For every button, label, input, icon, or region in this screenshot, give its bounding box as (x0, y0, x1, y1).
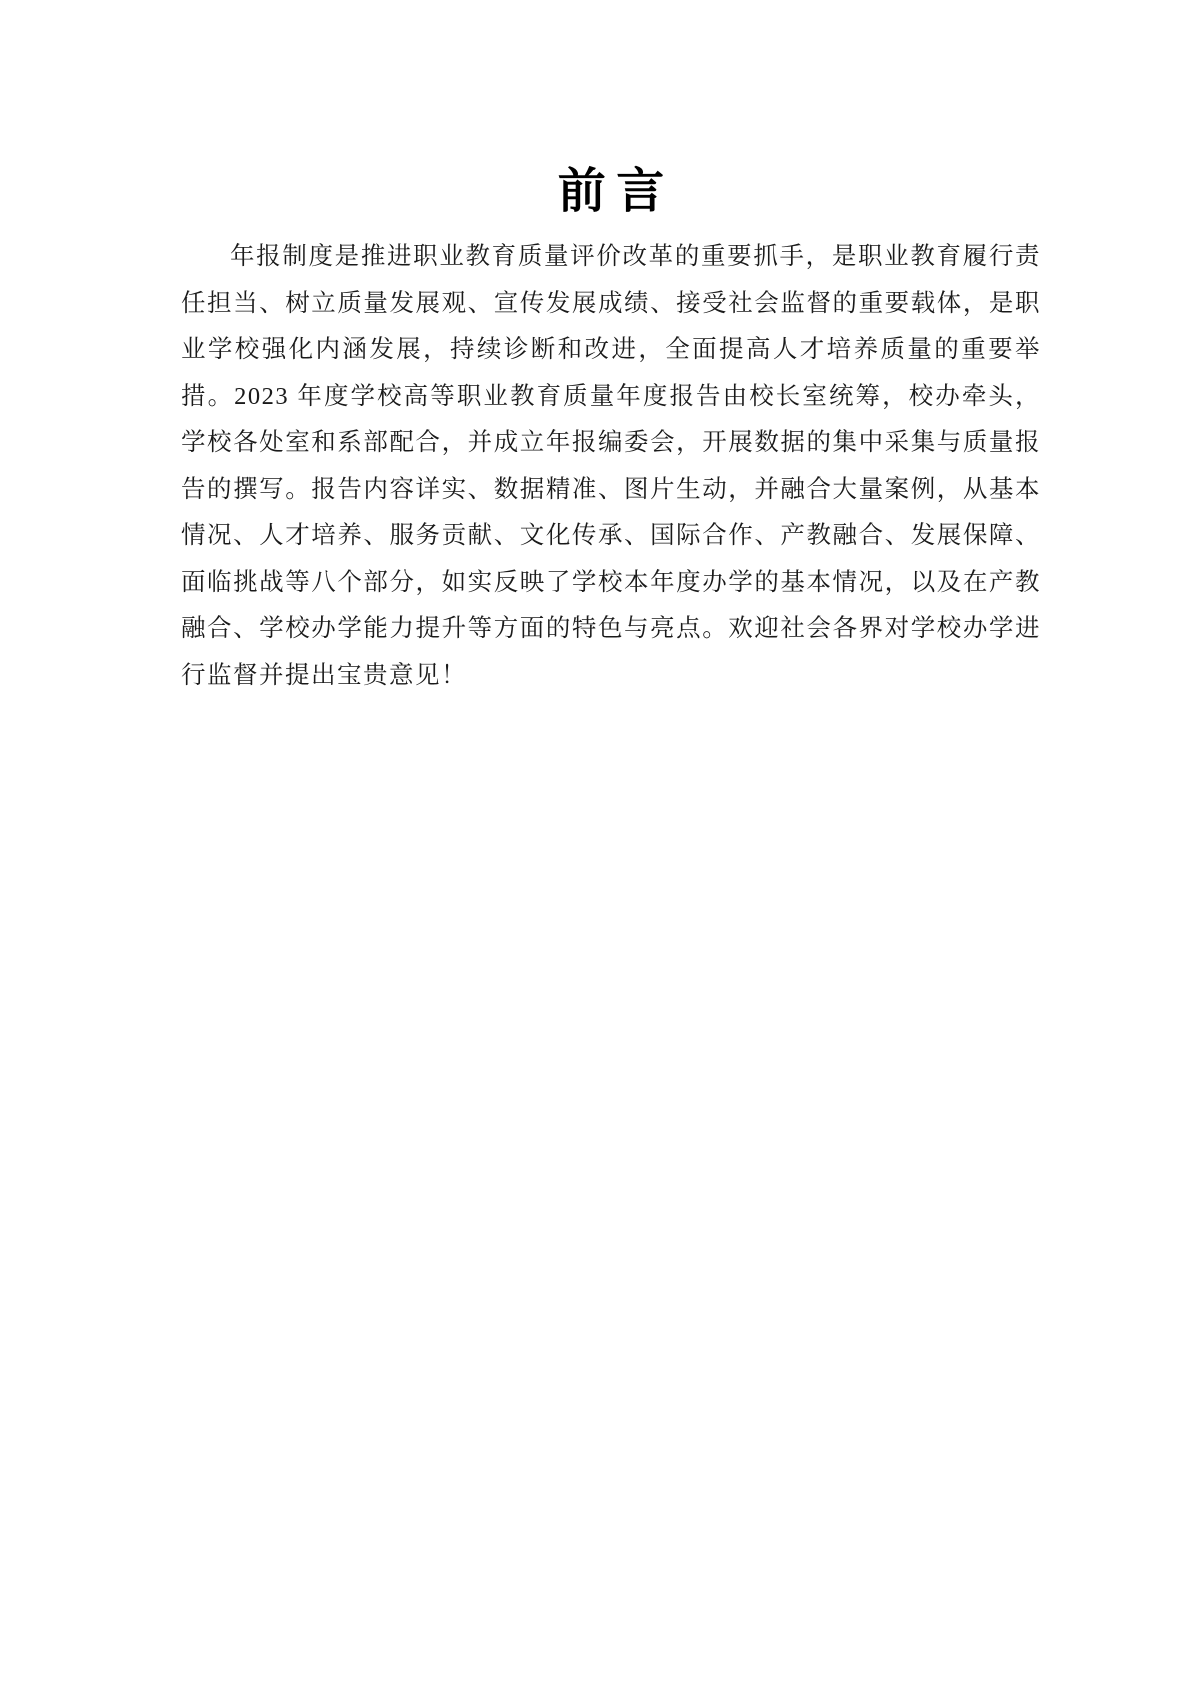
document-page: 前言 年报制度是推进职业教育质量评价改革的重要抓手，是职业教育履行责任担当、树立… (0, 0, 1191, 1684)
preface-paragraph: 年报制度是推进职业教育质量评价改革的重要抓手，是职业教育履行责任担当、树立质量发… (181, 234, 1041, 699)
page-title: 前言 (181, 162, 1041, 222)
